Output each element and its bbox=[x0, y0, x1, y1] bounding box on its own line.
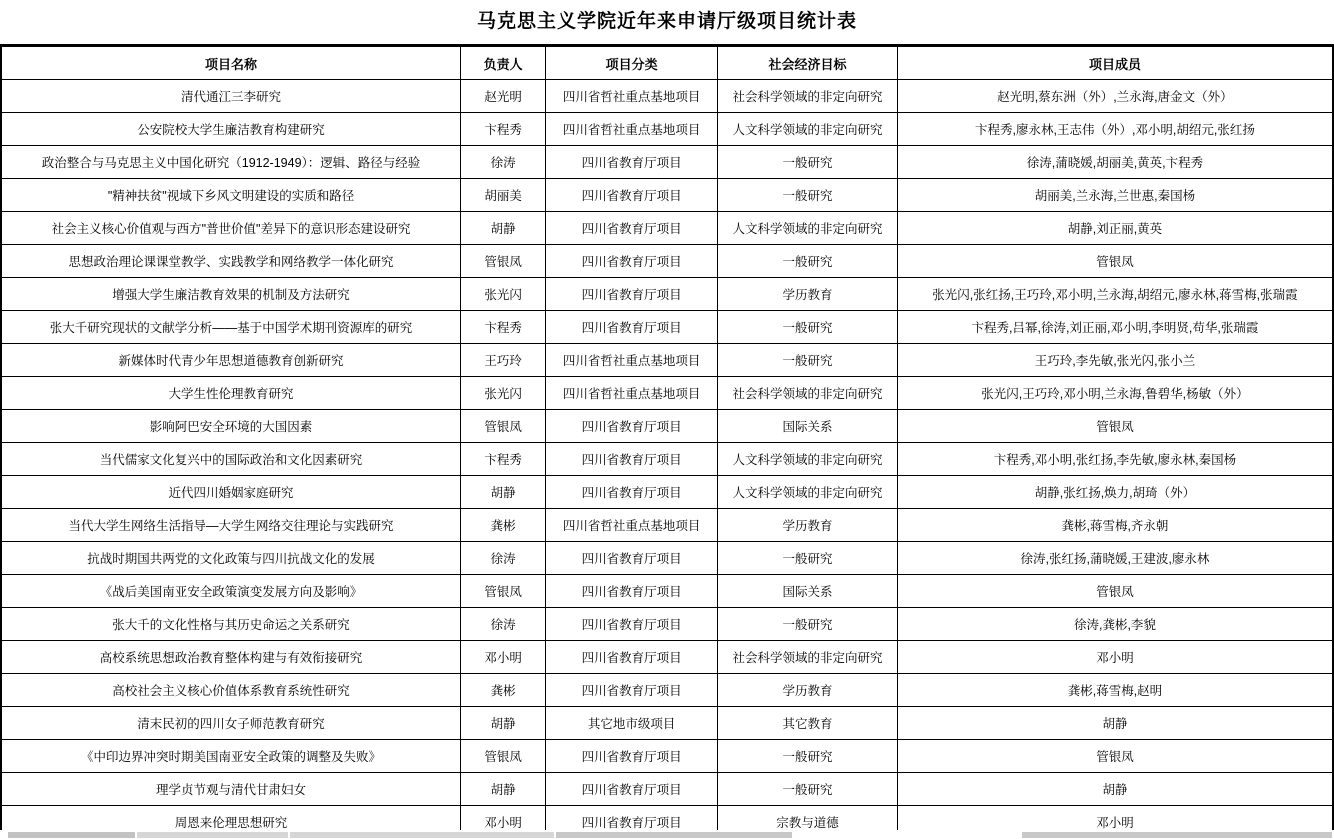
strip-segment bbox=[1022, 832, 1332, 838]
cell-leader: 龚彬 bbox=[461, 509, 546, 542]
cell-socioeconomic: 一般研究 bbox=[718, 179, 898, 212]
table-row: 公安院校大学生廉洁教育构建研究卞程秀四川省哲社重点基地项目人文科学领域的非定向研… bbox=[1, 113, 1333, 146]
cell-socioeconomic: 人文科学领域的非定向研究 bbox=[718, 113, 898, 146]
cell-leader: 徐涛 bbox=[461, 608, 546, 641]
cell-socioeconomic: 一般研究 bbox=[718, 542, 898, 575]
cell-leader: 胡丽美 bbox=[461, 179, 546, 212]
cell-socioeconomic: 学历教育 bbox=[718, 509, 898, 542]
cell-project-name: 大学生性伦理教育研究 bbox=[1, 377, 461, 410]
cell-leader: 赵光明 bbox=[461, 80, 546, 113]
cell-category: 四川省哲社重点基地项目 bbox=[546, 113, 718, 146]
cell-category: 四川省哲社重点基地项目 bbox=[546, 377, 718, 410]
cell-project-name: 新媒体时代青少年思想道德教育创新研究 bbox=[1, 344, 461, 377]
table-header: 项目名称 负责人 项目分类 社会经济目标 项目成员 bbox=[1, 46, 1333, 80]
cell-category: 四川省教育厅项目 bbox=[546, 674, 718, 707]
cell-project-name: 张大千研究现状的文献学分析——基于中国学术期刊资源库的研究 bbox=[1, 311, 461, 344]
cell-category: 四川省教育厅项目 bbox=[546, 278, 718, 311]
header-project-name: 项目名称 bbox=[1, 46, 461, 80]
cell-category: 四川省教育厅项目 bbox=[546, 311, 718, 344]
cell-members: 王巧玲,李先敏,张光闪,张小兰 bbox=[897, 344, 1333, 377]
cell-socioeconomic: 人文科学领域的非定向研究 bbox=[718, 476, 898, 509]
cell-category: 四川省教育厅项目 bbox=[546, 641, 718, 674]
table-row: 政治整合与马克思主义中国化研究（1912-1949）：逻辑、路径与经验徐涛四川省… bbox=[1, 146, 1333, 179]
table-row: 大学生性伦理教育研究张光闪四川省哲社重点基地项目社会科学领域的非定向研究张光闪,… bbox=[1, 377, 1333, 410]
cell-category: 其它地市级项目 bbox=[546, 707, 718, 740]
cell-socioeconomic: 一般研究 bbox=[718, 344, 898, 377]
cell-leader: 邓小明 bbox=[461, 641, 546, 674]
cell-members: 管银凤 bbox=[897, 740, 1333, 773]
cell-members: 卞程秀,邓小明,张红扬,李先敏,廖永林,秦国杨 bbox=[897, 443, 1333, 476]
header-row: 项目名称 负责人 项目分类 社会经济目标 项目成员 bbox=[1, 46, 1333, 80]
cell-category: 四川省教育厅项目 bbox=[546, 773, 718, 806]
cell-project-name: 近代四川婚姻家庭研究 bbox=[1, 476, 461, 509]
table-row: 增强大学生廉洁教育效果的机制及方法研究张光闪四川省教育厅项目学历教育张光闪,张红… bbox=[1, 278, 1333, 311]
cell-socioeconomic: 社会科学领域的非定向研究 bbox=[718, 641, 898, 674]
cell-leader: 卞程秀 bbox=[461, 311, 546, 344]
cell-socioeconomic: 一般研究 bbox=[718, 146, 898, 179]
table-body: 清代通江三李研究赵光明四川省哲社重点基地项目社会科学领域的非定向研究赵光明,蔡东… bbox=[1, 80, 1333, 839]
cell-leader: 龚彬 bbox=[461, 674, 546, 707]
cell-members: 管银凤 bbox=[897, 245, 1333, 278]
table-row: 《战后美国南亚安全政策演变发展方向及影响》管银凤四川省教育厅项目国际关系管银凤 bbox=[1, 575, 1333, 608]
table-row: 近代四川婚姻家庭研究胡静四川省教育厅项目人文科学领域的非定向研究胡静,张红扬,焕… bbox=[1, 476, 1333, 509]
table-row: 社会主义核心价值观与西方"普世价值"差异下的意识形态建设研究胡静四川省教育厅项目… bbox=[1, 212, 1333, 245]
cell-category: 四川省哲社重点基地项目 bbox=[546, 344, 718, 377]
cell-socioeconomic: 一般研究 bbox=[718, 740, 898, 773]
cell-members: 管银凤 bbox=[897, 410, 1333, 443]
cell-category: 四川省教育厅项目 bbox=[546, 410, 718, 443]
cell-project-name: 增强大学生廉洁教育效果的机制及方法研究 bbox=[1, 278, 461, 311]
cell-leader: 胡静 bbox=[461, 476, 546, 509]
cell-leader: 胡静 bbox=[461, 707, 546, 740]
cell-project-name: 清代通江三李研究 bbox=[1, 80, 461, 113]
table-row: 思想政治理论课课堂教学、实践教学和网络教学一体化研究管银凤四川省教育厅项目一般研… bbox=[1, 245, 1333, 278]
cell-members: 龚彬,蒋雪梅,赵明 bbox=[897, 674, 1333, 707]
cell-socioeconomic: 国际关系 bbox=[718, 575, 898, 608]
table-row: 高校社会主义核心价值体系教育系统性研究龚彬四川省教育厅项目学历教育龚彬,蒋雪梅,… bbox=[1, 674, 1333, 707]
cell-leader: 徐涛 bbox=[461, 146, 546, 179]
cell-members: 龚彬,蒋雪梅,齐永朝 bbox=[897, 509, 1333, 542]
cell-category: 四川省教育厅项目 bbox=[546, 542, 718, 575]
cell-members: 徐涛,蒲晓媛,胡丽美,黄英,卞程秀 bbox=[897, 146, 1333, 179]
cell-project-name: "精神扶贫"视域下乡风文明建设的实质和路径 bbox=[1, 179, 461, 212]
table-row: 当代儒家文化复兴中的国际政治和文化因素研究卞程秀四川省教育厅项目人文科学领域的非… bbox=[1, 443, 1333, 476]
cell-members: 徐涛,张红扬,蒲晓媛,王建波,廖永林 bbox=[897, 542, 1333, 575]
header-category: 项目分类 bbox=[546, 46, 718, 80]
header-socioeconomic: 社会经济目标 bbox=[718, 46, 898, 80]
cell-project-name: 政治整合与马克思主义中国化研究（1912-1949）：逻辑、路径与经验 bbox=[1, 146, 461, 179]
cell-category: 四川省教育厅项目 bbox=[546, 245, 718, 278]
table-row: 清末民初的四川女子师范教育研究胡静其它地市级项目其它教育胡静 bbox=[1, 707, 1333, 740]
cell-socioeconomic: 其它教育 bbox=[718, 707, 898, 740]
header-leader: 负责人 bbox=[461, 46, 546, 80]
cell-members: 赵光明,蔡东洲（外）,兰永海,唐金文（外） bbox=[897, 80, 1333, 113]
table-row: 当代大学生网络生活指导—大学生网络交往理论与实践研究龚彬四川省哲社重点基地项目学… bbox=[1, 509, 1333, 542]
cell-socioeconomic: 社会科学领域的非定向研究 bbox=[718, 80, 898, 113]
cell-leader: 管银凤 bbox=[461, 410, 546, 443]
strip-segment bbox=[556, 832, 792, 838]
cell-members: 胡静 bbox=[897, 707, 1333, 740]
cell-socioeconomic: 一般研究 bbox=[718, 245, 898, 278]
bottom-cutoff-strip bbox=[0, 830, 1334, 839]
cell-members: 卞程秀,廖永林,王志伟（外）,邓小明,胡绍元,张红扬 bbox=[897, 113, 1333, 146]
strip-segment bbox=[8, 832, 135, 838]
strip-segment bbox=[290, 832, 554, 838]
cell-category: 四川省教育厅项目 bbox=[546, 740, 718, 773]
cell-leader: 管银凤 bbox=[461, 245, 546, 278]
cell-category: 四川省教育厅项目 bbox=[546, 575, 718, 608]
cell-project-name: 公安院校大学生廉洁教育构建研究 bbox=[1, 113, 461, 146]
cell-project-name: 当代儒家文化复兴中的国际政治和文化因素研究 bbox=[1, 443, 461, 476]
cell-project-name: 当代大学生网络生活指导—大学生网络交往理论与实践研究 bbox=[1, 509, 461, 542]
document-page: 马克思主义学院近年来申请厅级项目统计表 项目名称 负责人 项目分类 社会经济目标… bbox=[0, 0, 1334, 839]
cell-socioeconomic: 一般研究 bbox=[718, 311, 898, 344]
cell-socioeconomic: 社会科学领域的非定向研究 bbox=[718, 377, 898, 410]
table-row: 抗战时期国共两党的文化政策与四川抗战文化的发展徐涛四川省教育厅项目一般研究徐涛,… bbox=[1, 542, 1333, 575]
cell-project-name: 高校系统思想政治教育整体构建与有效衔接研究 bbox=[1, 641, 461, 674]
cell-members: 胡静 bbox=[897, 773, 1333, 806]
cell-members: 张光闪,王巧玲,邓小明,兰永海,鲁碧华,杨敏（外） bbox=[897, 377, 1333, 410]
cell-members: 邓小明 bbox=[897, 641, 1333, 674]
page-title: 马克思主义学院近年来申请厅级项目统计表 bbox=[0, 0, 1334, 44]
table-row: 张大千的文化性格与其历史命运之关系研究徐涛四川省教育厅项目一般研究徐涛,龚彬,李… bbox=[1, 608, 1333, 641]
cell-members: 张光闪,张红扬,王巧玲,邓小明,兰永海,胡绍元,廖永林,蒋雪梅,张瑞霞 bbox=[897, 278, 1333, 311]
cell-project-name: 高校社会主义核心价值体系教育系统性研究 bbox=[1, 674, 461, 707]
cell-socioeconomic: 一般研究 bbox=[718, 773, 898, 806]
cell-project-name: 《中印边界冲突时期美国南亚安全政策的调整及失败》 bbox=[1, 740, 461, 773]
cell-project-name: 影响阿巴安全环境的大国因素 bbox=[1, 410, 461, 443]
cell-category: 四川省教育厅项目 bbox=[546, 608, 718, 641]
table-row: 理学贞节观与清代甘肃妇女胡静四川省教育厅项目一般研究胡静 bbox=[1, 773, 1333, 806]
strip-segment bbox=[137, 832, 288, 838]
cell-leader: 管银凤 bbox=[461, 575, 546, 608]
table-row: 张大千研究现状的文献学分析——基于中国学术期刊资源库的研究卞程秀四川省教育厅项目… bbox=[1, 311, 1333, 344]
cell-socioeconomic: 人文科学领域的非定向研究 bbox=[718, 212, 898, 245]
cell-category: 四川省哲社重点基地项目 bbox=[546, 80, 718, 113]
cell-members: 管银凤 bbox=[897, 575, 1333, 608]
cell-leader: 胡静 bbox=[461, 212, 546, 245]
cell-leader: 胡静 bbox=[461, 773, 546, 806]
cell-leader: 王巧玲 bbox=[461, 344, 546, 377]
cell-category: 四川省教育厅项目 bbox=[546, 179, 718, 212]
cell-category: 四川省教育厅项目 bbox=[546, 146, 718, 179]
cell-project-name: 思想政治理论课课堂教学、实践教学和网络教学一体化研究 bbox=[1, 245, 461, 278]
cell-leader: 徐涛 bbox=[461, 542, 546, 575]
cell-leader: 张光闪 bbox=[461, 377, 546, 410]
header-members: 项目成员 bbox=[897, 46, 1333, 80]
table-row: 《中印边界冲突时期美国南亚安全政策的调整及失败》管银凤四川省教育厅项目一般研究管… bbox=[1, 740, 1333, 773]
cell-socioeconomic: 学历教育 bbox=[718, 674, 898, 707]
table-row: 影响阿巴安全环境的大国因素管银凤四川省教育厅项目国际关系管银凤 bbox=[1, 410, 1333, 443]
cell-project-name: 清末民初的四川女子师范教育研究 bbox=[1, 707, 461, 740]
table-row: 清代通江三李研究赵光明四川省哲社重点基地项目社会科学领域的非定向研究赵光明,蔡东… bbox=[1, 80, 1333, 113]
cell-socioeconomic: 人文科学领域的非定向研究 bbox=[718, 443, 898, 476]
cell-members: 胡丽美,兰永海,兰世惠,秦国杨 bbox=[897, 179, 1333, 212]
cell-category: 四川省教育厅项目 bbox=[546, 443, 718, 476]
cell-socioeconomic: 一般研究 bbox=[718, 608, 898, 641]
cell-leader: 卞程秀 bbox=[461, 113, 546, 146]
cell-project-name: 抗战时期国共两党的文化政策与四川抗战文化的发展 bbox=[1, 542, 461, 575]
cell-members: 徐涛,龚彬,李貌 bbox=[897, 608, 1333, 641]
cell-category: 四川省哲社重点基地项目 bbox=[546, 509, 718, 542]
table-row: 新媒体时代青少年思想道德教育创新研究王巧玲四川省哲社重点基地项目一般研究王巧玲,… bbox=[1, 344, 1333, 377]
cell-socioeconomic: 国际关系 bbox=[718, 410, 898, 443]
cell-socioeconomic: 学历教育 bbox=[718, 278, 898, 311]
cell-members: 胡静,刘正丽,黄英 bbox=[897, 212, 1333, 245]
projects-table: 项目名称 负责人 项目分类 社会经济目标 项目成员 清代通江三李研究赵光明四川省… bbox=[0, 44, 1334, 839]
cell-project-name: 理学贞节观与清代甘肃妇女 bbox=[1, 773, 461, 806]
cell-project-name: 《战后美国南亚安全政策演变发展方向及影响》 bbox=[1, 575, 461, 608]
table-row: "精神扶贫"视域下乡风文明建设的实质和路径胡丽美四川省教育厅项目一般研究胡丽美,… bbox=[1, 179, 1333, 212]
cell-category: 四川省教育厅项目 bbox=[546, 212, 718, 245]
cell-leader: 张光闪 bbox=[461, 278, 546, 311]
table-row: 高校系统思想政治教育整体构建与有效衔接研究邓小明四川省教育厅项目社会科学领域的非… bbox=[1, 641, 1333, 674]
cell-members: 卞程秀,吕幂,徐涛,刘正丽,邓小明,李明贤,苟华,张瑞霞 bbox=[897, 311, 1333, 344]
cell-category: 四川省教育厅项目 bbox=[546, 476, 718, 509]
cell-project-name: 张大千的文化性格与其历史命运之关系研究 bbox=[1, 608, 461, 641]
cell-members: 胡静,张红扬,焕力,胡琦（外） bbox=[897, 476, 1333, 509]
cell-leader: 管银凤 bbox=[461, 740, 546, 773]
cell-leader: 卞程秀 bbox=[461, 443, 546, 476]
cell-project-name: 社会主义核心价值观与西方"普世价值"差异下的意识形态建设研究 bbox=[1, 212, 461, 245]
